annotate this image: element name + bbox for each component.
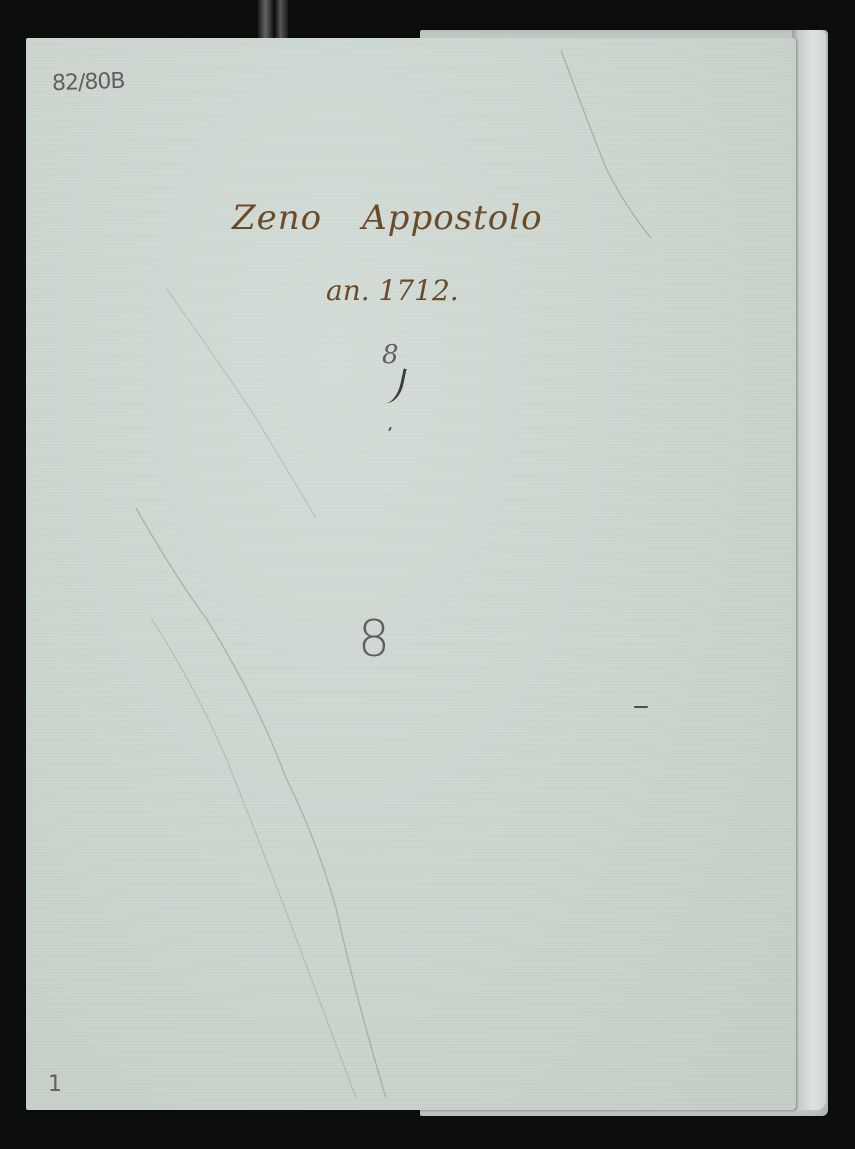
binding-spine xyxy=(258,0,288,40)
scanned-document: 82/80B ZenoAppostolo an. 1712. 8 8 1 xyxy=(0,0,855,1149)
title-word-appostolo: Appostolo xyxy=(362,198,542,238)
document-title: ZenoAppostolo xyxy=(232,198,543,238)
shelfmark-annotation: 82/80B xyxy=(52,69,125,97)
back-sheet-edge xyxy=(792,30,826,1110)
center-number: 8 xyxy=(358,610,390,668)
page-number: 1 xyxy=(48,1072,62,1097)
title-word-zeno: Zeno xyxy=(232,198,322,238)
dash-mark xyxy=(634,706,648,708)
year-line: an. 1712. xyxy=(326,274,459,307)
